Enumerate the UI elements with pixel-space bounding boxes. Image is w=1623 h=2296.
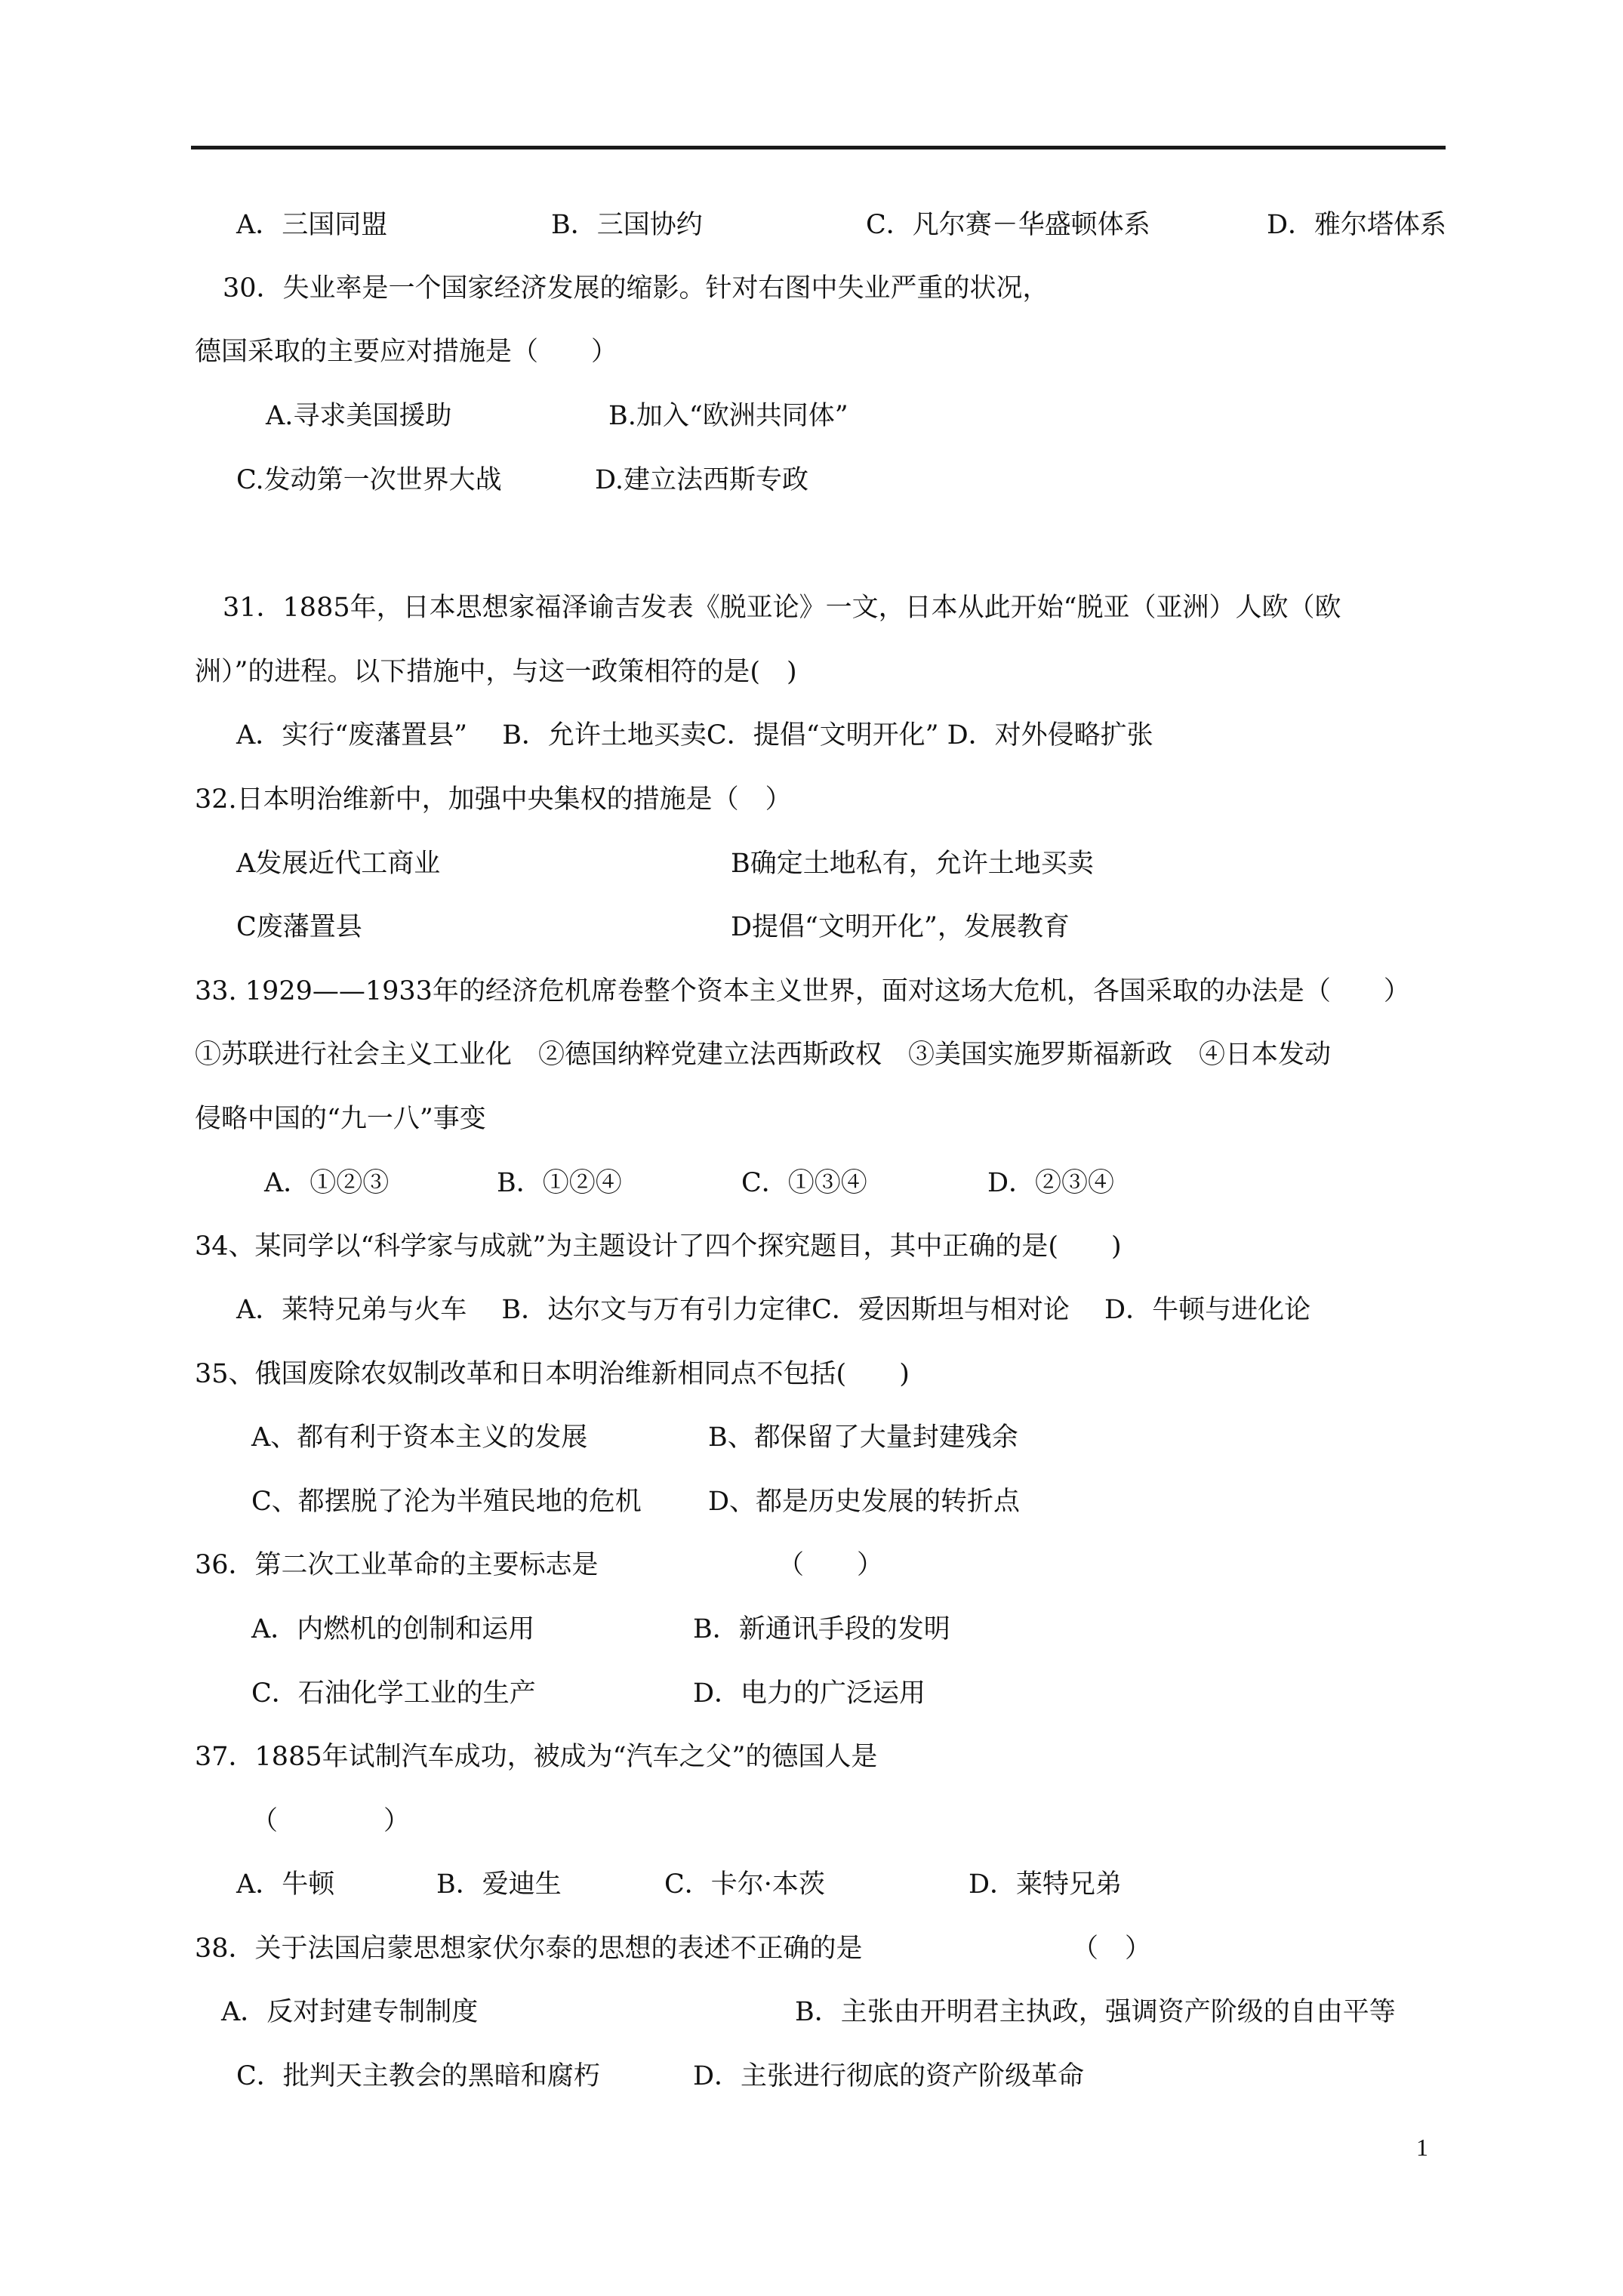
- q31-options: A．实行“废藩置县” B．允许土地买卖C．提倡“文明开化” D．对外侵略扩张: [236, 720, 1153, 750]
- q33-items-line2: 侵略中国的“九一八”事变: [195, 1104, 486, 1134]
- q30-option-b: B.加入“欧洲共同体”: [608, 401, 848, 431]
- q31-stem-line2: 洲）”的进程。以下措施中，与这一政策相符的是( ): [195, 657, 797, 687]
- q29-option-d: D．雅尔塔体系: [1267, 210, 1446, 240]
- page-number: 1: [1416, 2134, 1428, 2162]
- q37-option-b: B．爱迪生: [436, 1869, 562, 1900]
- q36-option-a: A．内燃机的创制和运用: [251, 1614, 534, 1644]
- q33-stem: 33. 1929——1933年的经济危机席卷整个资本主义世界，面对这场大危机，各…: [195, 976, 1410, 1006]
- q37-option-c: C．卡尔·本茨: [664, 1869, 825, 1900]
- q29-option-c: C．凡尔赛－华盛顿体系: [866, 210, 1150, 240]
- q29-option-b: B．三国协约: [551, 210, 703, 240]
- q34-stem: 34、某同学以“科学家与成就”为主题设计了四个探究题目，其中正确的是( ): [195, 1231, 1122, 1262]
- q33-option-b: B．①②④: [497, 1168, 622, 1198]
- q32-option-c: C废藩置县: [236, 912, 362, 942]
- q32-option-a: A发展近代工商业: [236, 849, 440, 879]
- q30-stem-line1: 30．失业率是一个国家经济发展的缩影。针对右图中失业严重的状况，: [223, 273, 1049, 304]
- q35-option-d: D、都是历史发展的转折点: [708, 1487, 1020, 1517]
- q35-stem: 35、俄国废除农奴制改革和日本明治维新相同点不包括( ): [195, 1359, 910, 1389]
- q37-stem: 37．1885年试制汽车成功，被成为“汽车之父”的德国人是: [195, 1742, 877, 1772]
- q30-stem-line2: 德国采取的主要应对措施是（ ）: [195, 337, 617, 367]
- header-rule: [191, 146, 1446, 149]
- q37-answer-paren: （ ）: [251, 1806, 410, 1836]
- q32-option-b: B确定土地私有，允许土地买卖: [731, 849, 1094, 879]
- q37-option-d: D．莱特兄弟: [969, 1869, 1122, 1900]
- q29-option-a: A．三国同盟: [236, 210, 387, 240]
- q30-option-d: D.建立法西斯专政: [595, 465, 808, 495]
- q31-stem-line1: 31．1885年，日本思想家福泽谕吉发表《脱亚论》一文，日本从此开始“脱亚（亚洲…: [223, 593, 1341, 623]
- q38-option-b: B．主张由开明君主执政，强调资产阶级的自由平等: [795, 1997, 1396, 2027]
- q33-option-c: C．①③④: [741, 1168, 867, 1198]
- q38-stem: 38．关于法国启蒙思想家伏尔泰的思想的表述不正确的是: [195, 1934, 863, 1964]
- q33-option-a: A．①②③: [264, 1168, 389, 1198]
- q37-option-a: A．牛顿: [236, 1869, 334, 1900]
- q33-items-line1: ①苏联进行社会主义工业化 ②德国纳粹党建立法西斯政权 ③美国实施罗斯福新政 ④日…: [195, 1040, 1331, 1070]
- q36-option-c: C．石油化学工业的生产: [251, 1678, 536, 1709]
- q35-option-a: A、都有利于资本主义的发展: [251, 1422, 587, 1453]
- q36-stem: 36．第二次工业革命的主要标志是: [195, 1550, 599, 1580]
- q30-option-a: A.寻求美国援助: [266, 401, 451, 431]
- q36-answer-paren: （ ）: [778, 1550, 883, 1580]
- q36-option-d: D．电力的广泛运用: [693, 1678, 925, 1709]
- q36-option-b: B．新通讯手段的发明: [693, 1614, 950, 1644]
- q38-option-c: C．批判天主教会的黑暗和腐朽: [236, 2061, 600, 2091]
- q30-option-c: C.发动第一次世界大战: [236, 465, 502, 495]
- q34-options: A．莱特兄弟与火车 B．达尔文与万有引力定律C．爱因斯坦与相对论 D．牛顿与进化…: [236, 1295, 1310, 1325]
- q38-option-a: A．反对封建专制制度: [221, 1997, 478, 2027]
- q32-stem: 32.日本明治维新中，加强中央集权的措施是（ ）: [195, 784, 792, 815]
- q35-option-b: B、都保留了大量封建残余: [708, 1422, 1018, 1453]
- q38-answer-paren: （ ）: [1072, 1934, 1151, 1964]
- q32-option-d: D提倡“文明开化”，发展教育: [731, 912, 1070, 942]
- q33-option-d: D．②③④: [987, 1168, 1114, 1198]
- q35-option-c: C、都摆脱了沦为半殖民地的危机: [251, 1487, 642, 1517]
- q38-option-d: D．主张进行彻底的资产阶级革命: [693, 2061, 1084, 2091]
